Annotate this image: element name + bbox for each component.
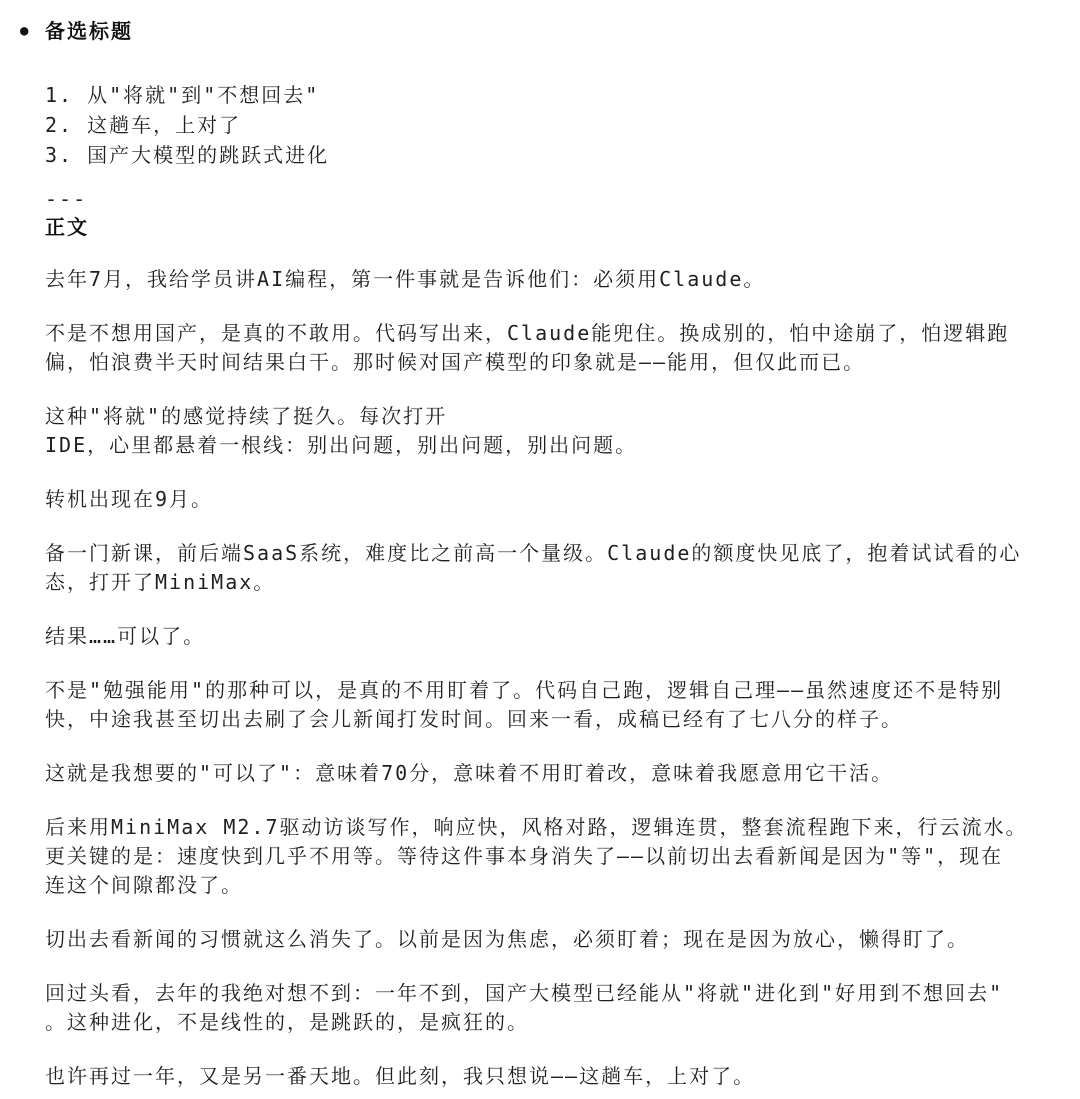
paragraph: 备一门新课，前后端SaaS系统，难度比之前高一个量级。Claude的额度快见底了… [45, 539, 1062, 597]
text-line: 切出去看新闻的习惯就这么消失了。以前是因为焦虑，必须盯着；现在是因为放心，懒得盯… [45, 925, 1062, 954]
text-line: 也许再过一年，又是另一番天地。但此刻，我只想说——这趟车，上对了。 [45, 1062, 1062, 1091]
text-line: 结果……可以了。 [45, 622, 1062, 651]
text-line: 这种"将就"的感觉持续了挺久。每次打开 [45, 402, 1062, 431]
text-line: 转机出现在9月。 [45, 485, 1062, 514]
article-body: 去年7月，我给学员讲AI编程，第一件事就是告诉他们：必须用Claude。 不是不… [45, 265, 1062, 1091]
paragraph: 转机出现在9月。 [45, 485, 1062, 514]
bullet-icon: ● [20, 16, 45, 46]
alt-titles-heading-label: 备选标题 [45, 16, 133, 46]
paragraph: 回过头看，去年的我绝对想不到：一年不到，国产大模型已经能从"将就"进化到"好用到… [45, 979, 1062, 1037]
text-line: 后来用MiniMax M2.7驱动访谈写作，响应快，风格对路，逻辑连贯，整套流程… [45, 813, 1062, 842]
paragraph: 不是"勉强能用"的那种可以，是真的不用盯着了。代码自己跑，逻辑自己理——虽然速度… [45, 676, 1062, 734]
text-line: IDE，心里都悬着一根线：别出问题，别出问题，别出问题。 [45, 431, 1062, 460]
divider: --- [45, 185, 1062, 213]
text-line: 去年7月，我给学员讲AI编程，第一件事就是告诉他们：必须用Claude。 [45, 265, 1062, 294]
paragraph: 去年7月，我给学员讲AI编程，第一件事就是告诉他们：必须用Claude。 [45, 265, 1062, 294]
text-line: 回过头看，去年的我绝对想不到：一年不到，国产大模型已经能从"将就"进化到"好用到… [45, 979, 1062, 1008]
document: ● 备选标题 1. 从"将就"到"不想回去" 2. 这趟车，上对了 3. 国产大… [0, 0, 1080, 1091]
paragraph: 不是不想用国产，是真的不敢用。代码写出来，Claude能兜住。换成别的，怕中途崩… [45, 319, 1062, 377]
alt-title-item: 1. 从"将就"到"不想回去" [45, 80, 1062, 110]
section-label: 正文 [45, 213, 1062, 241]
paragraph: 切出去看新闻的习惯就这么消失了。以前是因为焦虑，必须盯着；现在是因为放心，懒得盯… [45, 925, 1062, 954]
alt-title-item: 3. 国产大模型的跳跃式进化 [45, 140, 1062, 170]
paragraph: 后来用MiniMax M2.7驱动访谈写作，响应快，风格对路，逻辑连贯，整套流程… [45, 813, 1062, 900]
text-line: 备一门新课，前后端SaaS系统，难度比之前高一个量级。Claude的额度快见底了… [45, 539, 1062, 568]
text-line: 。这种进化，不是线性的，是跳跃的，是疯狂的。 [45, 1008, 1062, 1037]
text-line: 态，打开了MiniMax。 [45, 568, 1062, 597]
paragraph: 也许再过一年，又是另一番天地。但此刻，我只想说——这趟车，上对了。 [45, 1062, 1062, 1091]
text-line: 更关键的是：速度快到几乎不用等。等待这件事本身消失了——以前切出去看新闻是因为"… [45, 842, 1062, 871]
paragraph: 结果……可以了。 [45, 622, 1062, 651]
text-line: 不是"勉强能用"的那种可以，是真的不用盯着了。代码自己跑，逻辑自己理——虽然速度… [45, 676, 1062, 705]
text-line: 偏，怕浪费半天时间结果白干。那时候对国产模型的印象就是——能用，但仅此而已。 [45, 348, 1062, 377]
text-line: 快，中途我甚至切出去刷了会儿新闻打发时间。回来一看，成稿已经有了七八分的样子。 [45, 705, 1062, 734]
alt-titles-list: 1. 从"将就"到"不想回去" 2. 这趟车，上对了 3. 国产大模型的跳跃式进… [45, 80, 1062, 170]
paragraph: 这种"将就"的感觉持续了挺久。每次打开 IDE，心里都悬着一根线：别出问题，别出… [45, 402, 1062, 460]
text-line: 连这个间隙都没了。 [45, 871, 1062, 900]
alt-title-item: 2. 这趟车，上对了 [45, 110, 1062, 140]
text-line: 这就是我想要的"可以了"：意味着70分，意味着不用盯着改，意味着我愿意用它干活。 [45, 759, 1062, 788]
text-line: 不是不想用国产，是真的不敢用。代码写出来，Claude能兜住。换成别的，怕中途崩… [45, 319, 1062, 348]
paragraph: 这就是我想要的"可以了"：意味着70分，意味着不用盯着改，意味着我愿意用它干活。 [45, 759, 1062, 788]
alt-titles-heading: ● 备选标题 [20, 16, 1062, 46]
